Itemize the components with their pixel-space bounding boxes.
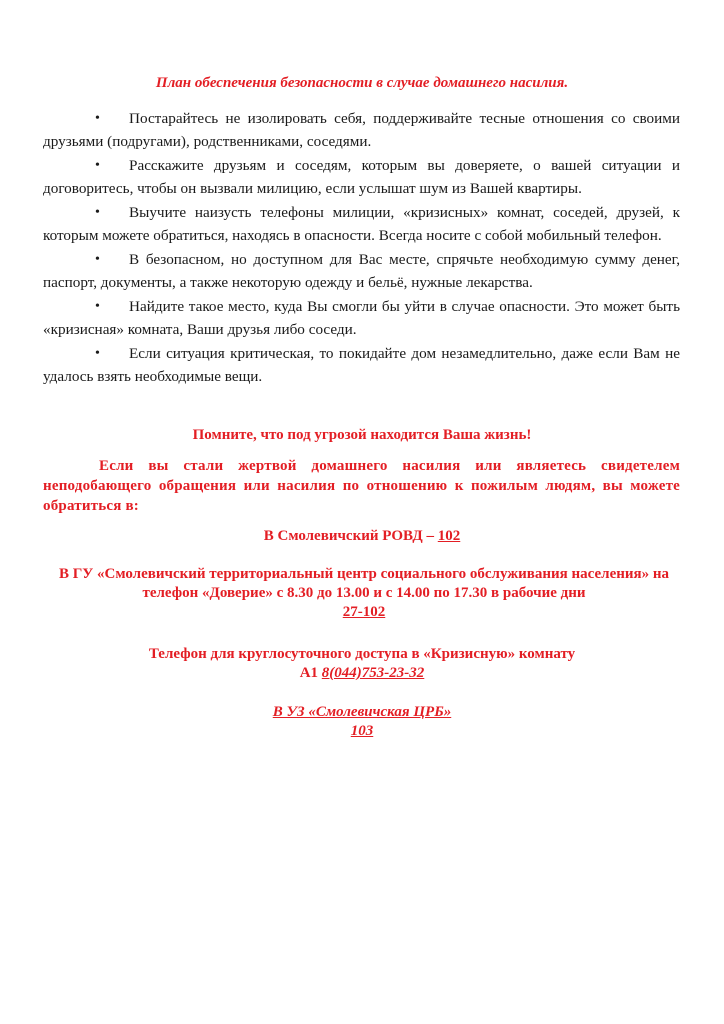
reminder-heading: Помните, что под угрозой находится Ваша … (0, 427, 724, 444)
document-page: План обеспечения безопасности в случае д… (0, 0, 724, 1024)
contact-crisis-operator: А1 (300, 665, 322, 681)
contact-rovd-phone[interactable]: 102 (438, 528, 461, 544)
list-item: • Постарайтесь не изолировать себя, подд… (43, 108, 680, 153)
bullet-icon: • (95, 249, 100, 272)
contact-crisis-phone[interactable]: 8(044)753-23-32 (322, 665, 424, 681)
contact-social-center: В ГУ «Смолевичский территориальный центр… (40, 565, 688, 622)
bullet-icon: • (95, 343, 100, 366)
document-title: План обеспечения безопасности в случае д… (0, 75, 724, 92)
contact-hospital: В УЗ «Смолевичская ЦРБ» 103 (0, 703, 724, 741)
list-item-text: В безопасном, но доступном для Вас месте… (43, 251, 680, 291)
contact-hospital-phone[interactable]: 103 (351, 723, 374, 739)
list-item: • Найдите такое место, куда Вы смогли бы… (43, 296, 680, 341)
bullet-icon: • (95, 296, 100, 319)
bullet-icon: • (95, 202, 100, 225)
list-item-text: Выучите наизусть телефоны милиции, «криз… (43, 204, 680, 244)
list-item-text: Постарайтесь не изолировать себя, поддер… (43, 110, 680, 150)
list-item-text: Найдите такое место, куда Вы смогли бы у… (43, 298, 680, 338)
contact-center-label: В ГУ «Смолевичский территориальный центр… (59, 566, 669, 601)
bullet-icon: • (95, 155, 100, 178)
safety-tips-list: • Постарайтесь не изолировать себя, подд… (43, 108, 680, 390)
contact-rovd: В Смолевичский РОВД – 102 (0, 527, 724, 546)
list-item-text: Если ситуация критическая, то покидайте … (43, 345, 680, 385)
list-item-text: Расскажите друзьям и соседям, которым вы… (43, 157, 680, 197)
contact-crisis-label: Телефон для круглосуточного доступа в «К… (149, 646, 575, 662)
contact-hospital-label[interactable]: В УЗ «Смолевичская ЦРБ» (273, 704, 451, 720)
list-item: • Если ситуация критическая, то покидайт… (43, 343, 680, 388)
contact-crisis-room: Телефон для круглосуточного доступа в «К… (0, 645, 724, 683)
contact-center-phone[interactable]: 27-102 (343, 604, 386, 620)
intro-paragraph: Если вы стали жертвой домашнего насилия … (43, 456, 680, 516)
contact-rovd-label: В Смолевичский РОВД – (264, 528, 438, 544)
list-item: • Выучите наизусть телефоны милиции, «кр… (43, 202, 680, 247)
list-item: • В безопасном, но доступном для Вас мес… (43, 249, 680, 294)
bullet-icon: • (95, 108, 100, 131)
list-item: • Расскажите друзьям и соседям, которым … (43, 155, 680, 200)
